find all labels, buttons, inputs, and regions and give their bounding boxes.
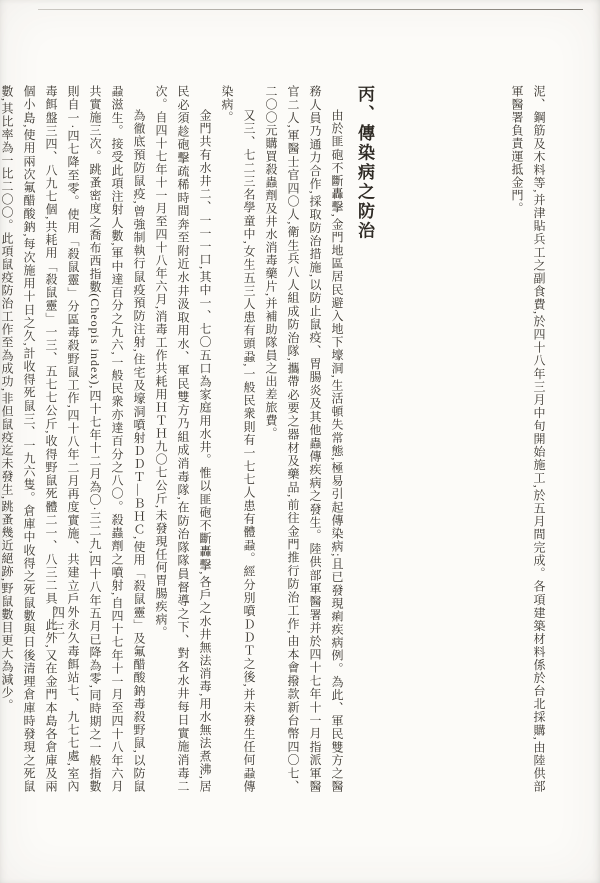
scan-artifact-line: [38, 9, 583, 10]
paragraph-continuation: 泥、鋼筋及木料等,并津貼兵工之副食費,於四十八年三月中旬開始施工,於五月間完成。…: [506, 85, 550, 793]
paragraph-lice-ddt: 又三、七二三名學童中,女生五三人患有頭蝨,一般民衆則有一七七人患有體蝨。經分別噴…: [216, 85, 260, 793]
scanned-page: 泥、鋼筋及木料等,并津貼兵工之副食費,於四十八年三月中旬開始施工,於五月間完成。…: [0, 0, 600, 883]
paragraph-epidemic-intro: 由於匪砲不斷轟擊,金門地區居民避入地下壕洞,生活頓失常態,極易引起傳染病;且已發…: [260, 85, 348, 793]
page-number: 四三: [48, 606, 67, 638]
text-block: 泥、鋼筋及木料等,并津貼兵工之副食費,於四十八年三月中旬開始施工,於五月間完成。…: [0, 85, 550, 793]
section-heading: 丙、傳染病之防治: [348, 85, 506, 793]
paragraph-plague-rat-control: 為徹底預防鼠疫,曾強制執行鼠疫預防注射,住宅及壕洞噴射ＤＤＴ—ＢＨＣ,使用「殺鼠…: [0, 85, 150, 793]
paragraph-wells-disinfection: 金門共有水井二、一一一口,其中一、七〇五口為家庭用水井。惟以匪砲不斷轟擊,各戶之…: [150, 85, 216, 793]
